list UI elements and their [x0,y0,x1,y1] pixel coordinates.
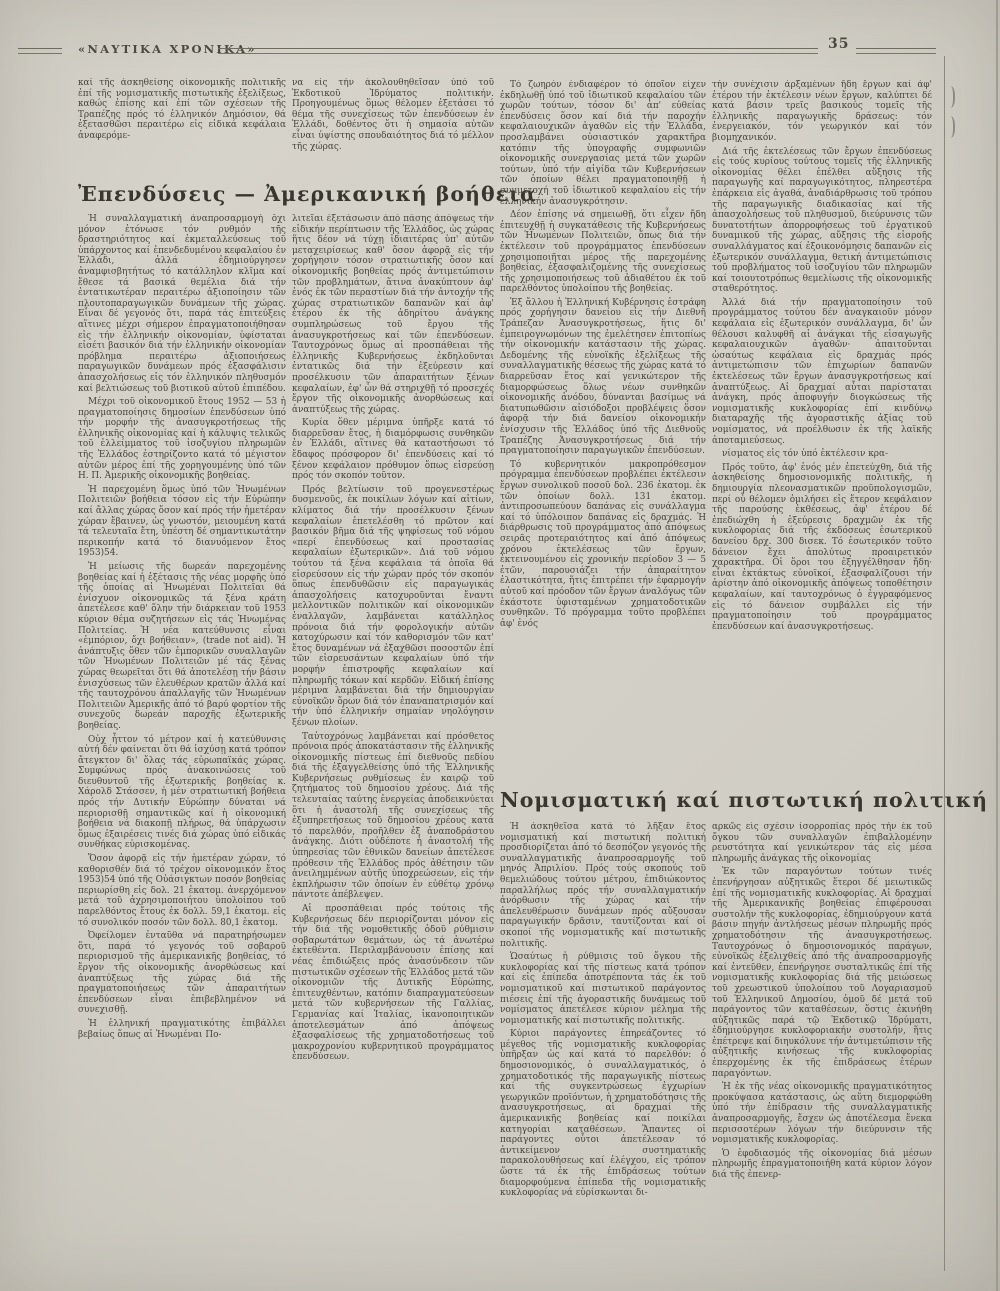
paragraph: Ἡ παρεχομένη ὅμως ὑπό τῶν Ἡνωμένων Πολιτ… [78,485,286,559]
column-4-upper: τήν συνέχισιν ἀρξαμένων ἤδη ἔργων καί ἀφ… [712,80,932,788]
paragraph: Οὐχ ἧττον τό μέτρον καί ἡ κατεύθυνσις αὐ… [78,735,286,852]
intro-column-left: καί τῆς ἀσκηθείσης οἰκονομικῆς πολιτικῆς… [78,78,286,186]
paragraph: λιτεῖαι ἐξετάσωσιν ἀπό πάσης ἀπόψεως τήν… [292,214,494,415]
paragraph: Τό ζωηρόν ἐνδιαφέρον τό ὁποῖον εἶχεν ἐκδ… [500,80,706,207]
paragraph: Μέχρι τοῦ οἰκονομικοῦ ἔτους 1952 — 53 ἡ … [78,397,286,482]
paragraph: Ὀφείλομεν ἐνταῦθα νά παρατηρήσωμεν ὅτι, … [78,931,286,1016]
paragraph: Κυρία ὅθεν μέριμνα ὑπῆρξε κατά τό διαρρε… [292,418,494,482]
paragraph: τήν συνέχισιν ἀρξαμένων ἤδη ἔργων καί ἀφ… [712,80,932,144]
paragraph: Ἡ ἑλληνική πραγματικότης ἐπιβάλλει βεβαί… [78,1019,286,1040]
magazine-page: «ΝΑΥΤΙΚΑ ΧΡΟΝΙΚΑ» 35 καί τῆς ἀσκηθείσης … [0,0,1000,1291]
scan-edge-mark [946,116,955,138]
paragraph: Ἡ μείωσις τῆς δωρεάν παρεχομένης βοηθεία… [78,562,286,732]
paragraph: Διά τῆς ἐκτελέσεως τῶν ἔργων ἐπενδύσεως … [712,147,932,295]
paragraph: Δέον ἐπίσης νά σημειωθῇ, ὅτι εἶχεν ἤδη ἐ… [500,210,706,295]
paragraph: Ἀλλά διά τήν πραγματοποίησιν τοῦ προγράμ… [712,298,932,446]
paragraph: Ὅσον ἀφορᾷ εἰς τήν ἡμετέραν χώραν, τό κα… [78,854,286,928]
paragraph: Αἱ προσπάθειαι πρός τούτοις τῆς Κυβερνήσ… [292,904,494,1063]
column-4-lower: αρκῶς εἰς σχέσιν ἰσορροπίας πρός τήν ἐκ … [712,822,932,1277]
column-1: Ἡ συναλλαγματική ἀναπροσαρμογή ὄχι μόνον… [78,214,286,1276]
paragraph: Ὡσαύτως ἡ ρύθμισις τοῦ ὄγκου τῆς κυκλοφο… [500,952,706,1026]
intro-column-right: να εἰς τήν ἀκολουθηθεῖσαν ὑπό τοῦ Ἐκδοτι… [292,78,494,186]
paragraph: Ταὐτοχρόνως λαμβάνεται καί πρόσθετος πρό… [292,732,494,902]
paragraph: Τό κυβερνητικόν μακροπρόθεσμον πρόγραμμα… [500,460,706,630]
paragraph: Ἡ ἐκ τῆς νέας οἰκονομικῆς πραγματικότητο… [712,1082,932,1146]
paragraph: αρκῶς εἰς σχέσιν ἰσορροπίας πρός τήν ἐκ … [712,822,932,864]
paragraph: Κύριοι παράγοντες ἐπηρεάζοντες τό μέγεθο… [500,1029,706,1199]
paragraph: καί τῆς ἀσκηθείσης οἰκονομικῆς πολιτικῆς… [78,78,286,142]
section-heading-investments: Ἐπενδύσεις — Ἀμερικανική βοήθεια [78,182,494,206]
paragraph: Ἡ συναλλαγματική ἀναπροσαρμογή ὄχι μόνον… [78,214,286,394]
paragraph: Ὁ ἐφοδιασμός τῆς οἰκονομίας διά μέσων πλ… [712,1149,932,1181]
paragraph: Ἡ ἀσκηθεῖσα κατά τό λῆξαν ἔτος νομισματι… [500,822,706,949]
paragraph: Ἐξ ἄλλου ἡ Ἑλληνική Κυβέρνησις ἐστράφη π… [500,298,706,457]
section-heading-monetary-policy: Νομισματική καί πιστωτική πολιτική [500,788,932,812]
header-rule-right [856,48,936,54]
paragraph: να εἰς τήν ἀκολουθηθεῖσαν ὑπό τοῦ Ἐκδοτι… [292,78,494,152]
paragraph: Ἐκ τῶν παραγόντων τούτων τινές ἐπενήργησ… [712,867,932,1079]
page-number: 35 [828,36,849,52]
paragraph: Πρός τοῦτο, ἀφ' ἑνός μέν ἐπετεύχθη, διά … [712,463,932,633]
column-3-lower: Ἡ ἀσκηθεῖσα κατά τό λῆξαν ἔτος νομισματι… [500,822,706,1277]
scan-edge-mark [946,86,955,108]
paragraph: Πρός βελτίωσιν τοῦ προγενεστέρως δυσμενο… [292,485,494,729]
paragraph: νίσματος εἰς τόν ὑπό ἐκτέλεσιν κρα- [712,449,932,460]
scan-page-edge-line [944,56,945,1271]
header-rule-left [18,48,62,54]
column-2: λιτεῖαι ἐξετάσωσιν ἀπό πάσης ἀπόψεως τήν… [292,214,494,1254]
scan-right-shadow [996,0,998,1291]
header-rule-middle [218,48,818,54]
column-3-upper: Τό ζωηρόν ἐνδιαφέρον τό ὁποῖον εἶχεν ἐκδ… [500,80,706,788]
